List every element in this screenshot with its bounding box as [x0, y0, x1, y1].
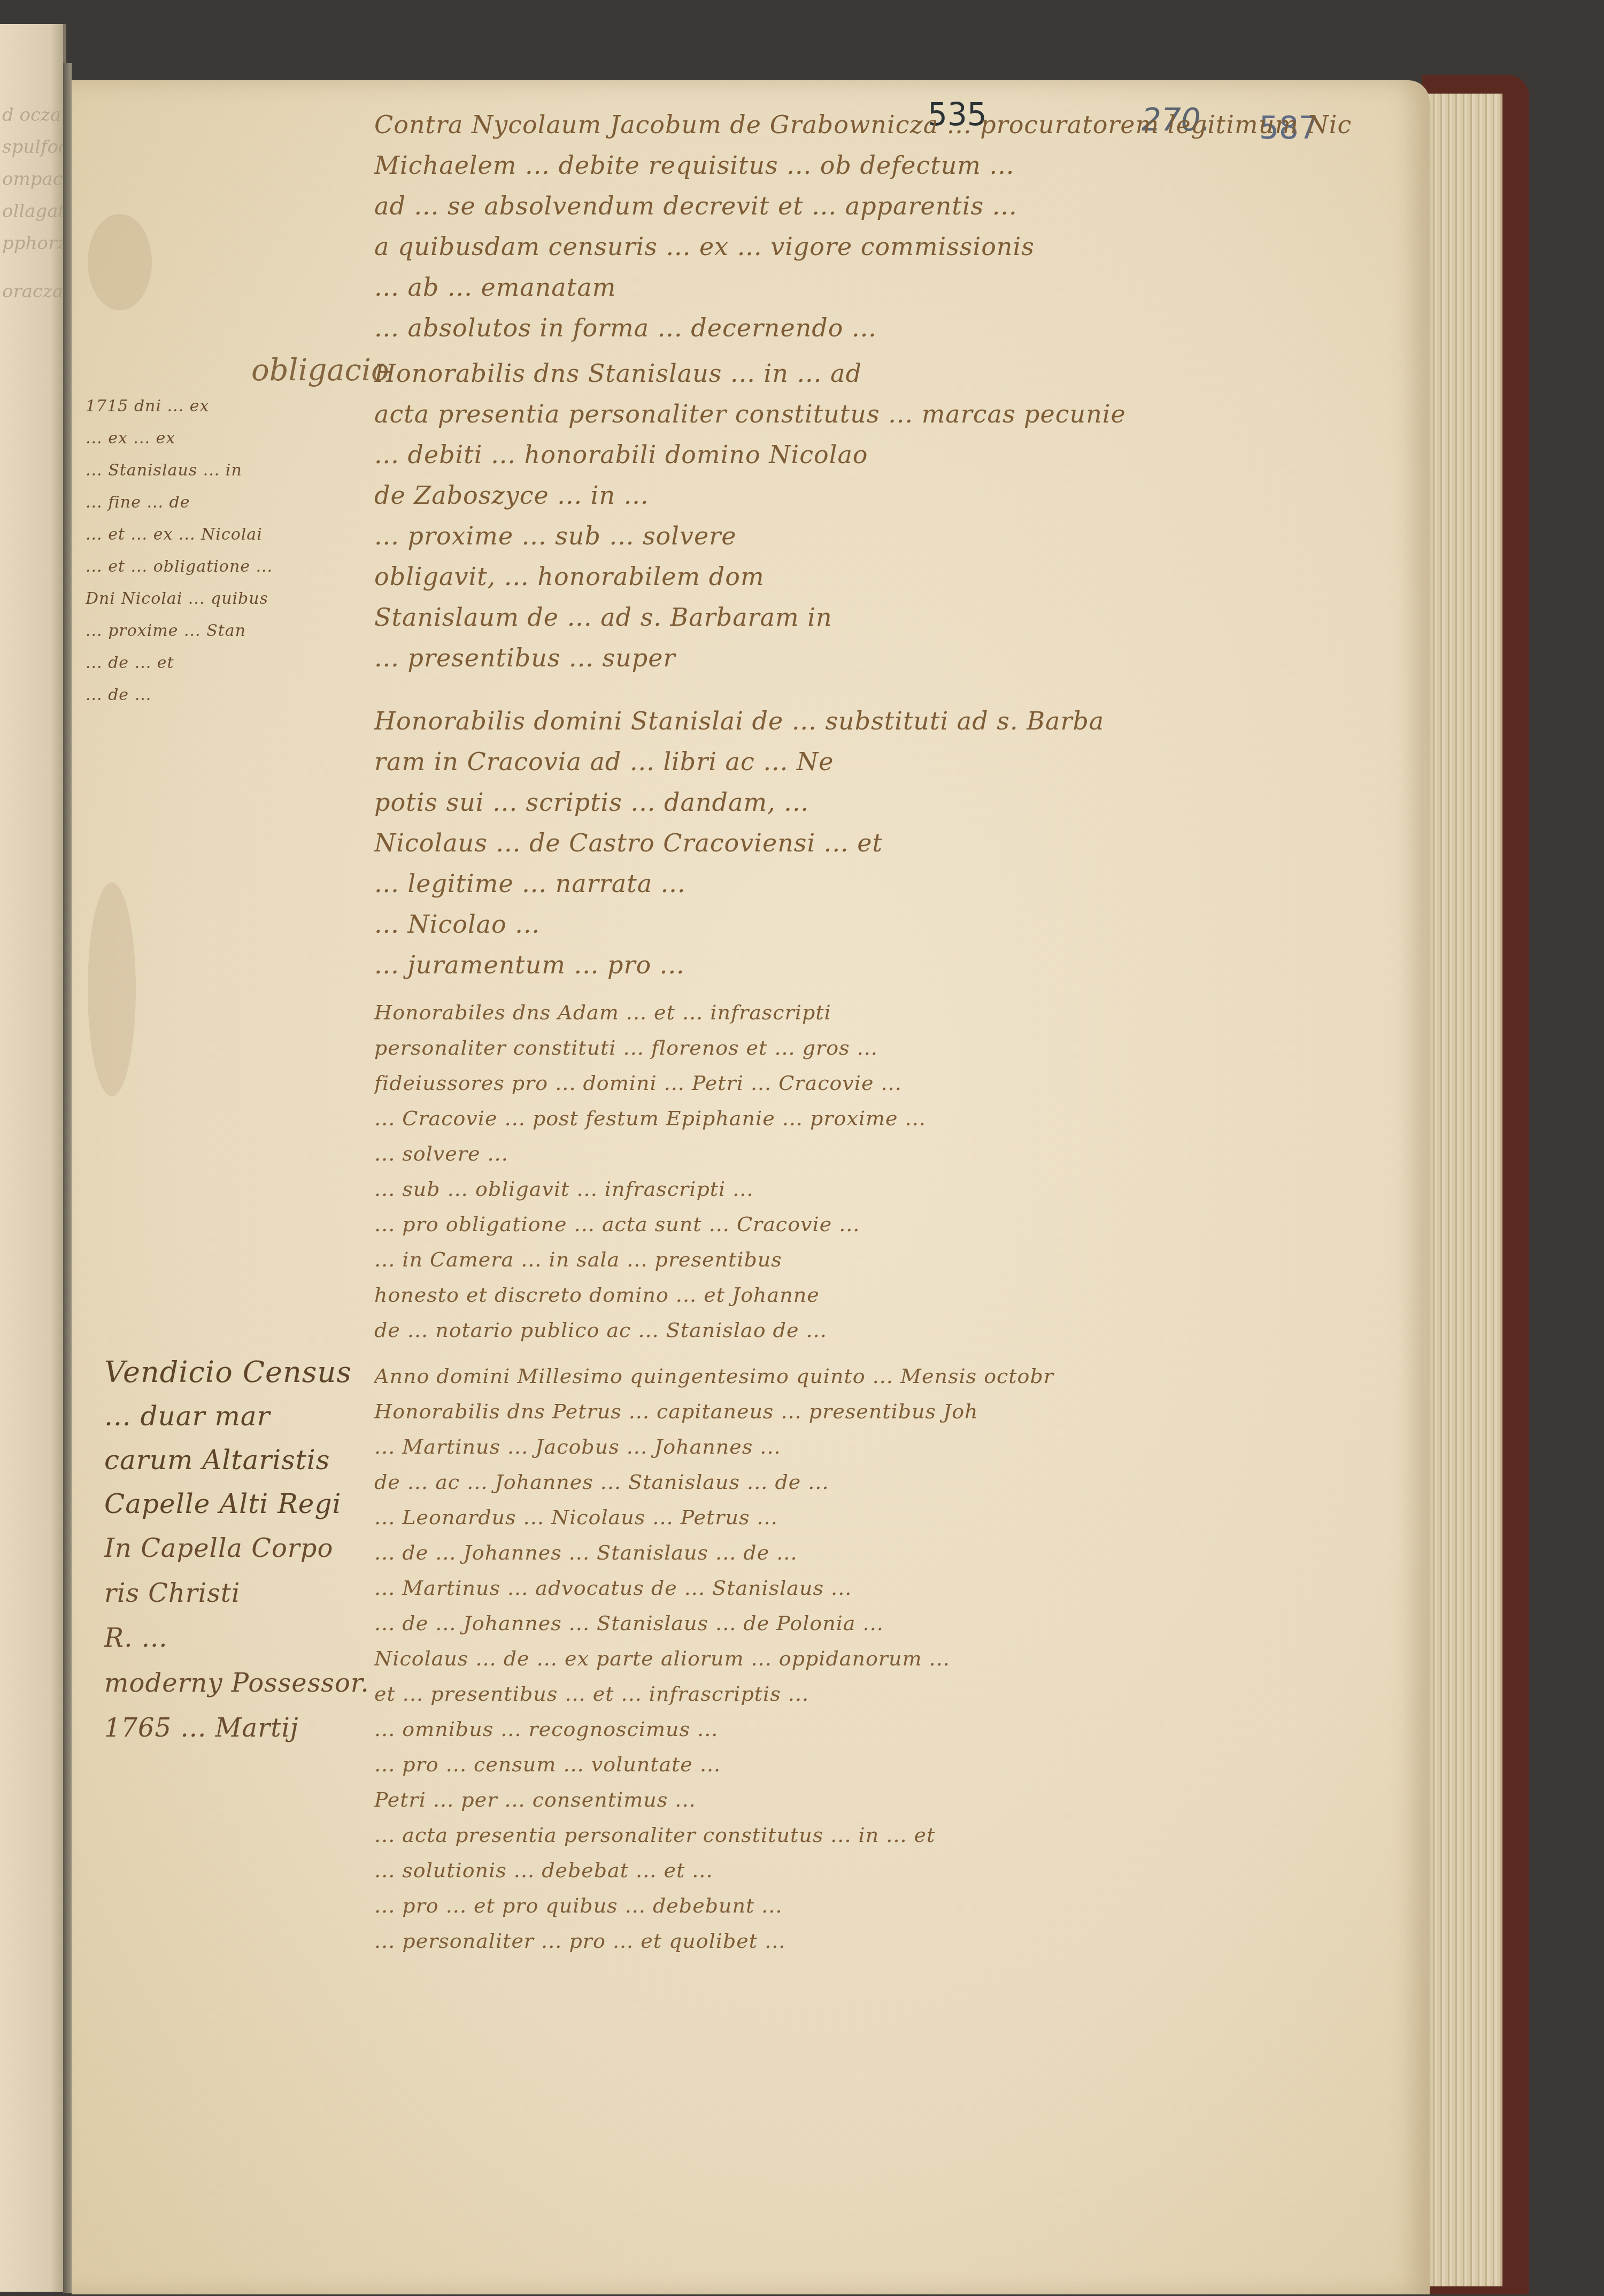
text-line: fideiussores pro ... domini ... Petri ..…: [374, 1065, 1406, 1101]
text-line: ... legitime ... narrata ...: [374, 863, 1406, 904]
text-line: Nicolaus ... de ... ex parte aliorum ...…: [374, 1641, 1406, 1676]
text-line: de ... notario publico ac ... Stanislao …: [374, 1312, 1406, 1348]
entry-heading-obligacio: obligacio: [251, 353, 389, 388]
text-line: ... proxime ... sub ... solvere: [374, 516, 1406, 556]
text-line: ... acta presentia personaliter constitu…: [374, 1817, 1406, 1853]
text-line: personaliter constituti ... florenos et …: [374, 1030, 1406, 1065]
entry-4: Honorabiles dns Adam ... et ... infrascr…: [374, 995, 1406, 1348]
text-line: ... personaliter ... pro ... et quolibet…: [374, 1923, 1406, 1959]
margin-line: ris Christi: [104, 1571, 382, 1616]
text-line: ... solutionis ... debebat ... et ...: [374, 1853, 1406, 1888]
margin-line: ... duar mar: [104, 1394, 382, 1438]
text-line: et ... presentibus ... et ... infrascrip…: [374, 1676, 1406, 1711]
margin-line: ... Stanislaus ... in: [86, 455, 374, 487]
text-line: ... sub ... obligavit ... infrascripti .…: [374, 1171, 1406, 1207]
margin-line: 1715 dni ... ex: [86, 390, 374, 423]
margin-line: ... de ...: [86, 679, 374, 711]
margin-line: carum Altaristis: [104, 1438, 382, 1482]
text-line: ram in Cracovia ad ... libri ac ... Ne: [374, 741, 1406, 782]
text-line: ... omnibus ... recognoscimus ...: [374, 1711, 1406, 1747]
entry-5: Anno domini Millesimo quingentesimo quin…: [374, 1358, 1406, 1959]
text-line: de Zaboszyce ... in ...: [374, 475, 1406, 516]
text-line: ... Martinus ... Jacobus ... Johannes ..…: [374, 1429, 1406, 1464]
text-line: Anno domini Millesimo quingentesimo quin…: [374, 1358, 1406, 1394]
text-line: ... in Camera ... in sala ... presentibu…: [374, 1242, 1406, 1277]
text-line: ... presentibus ... super: [374, 638, 1406, 678]
text-line: ad ... se absolvendum decrevit et ... ap…: [374, 186, 1406, 226]
text-line: ... pro obligatione ... acta sunt ... Cr…: [374, 1207, 1406, 1242]
margin-line: 1765 ... Martij: [104, 1706, 382, 1750]
margin-note-obligacio: 1715 dni ... ex ... ex ... ex ... Stanis…: [86, 390, 374, 711]
water-stain: [88, 882, 136, 1096]
margin-line: ... de ... et: [86, 647, 374, 679]
text-line: Contra Nycolaum Jacobum de Grabownicza .…: [374, 104, 1406, 145]
facing-page-edge: d oczam spulfocialo ompaczo ollagata pph…: [0, 24, 66, 2292]
entry-3: Honorabilis domini Stanislai de ... subs…: [374, 701, 1406, 985]
text-line: ... de ... Johannes ... Stanislaus ... d…: [374, 1535, 1406, 1570]
page-edges: [1422, 94, 1502, 2286]
text-line: acta presentia personaliter constitutus …: [374, 394, 1406, 434]
text-line: Honorabiles dns Adam ... et ... infrascr…: [374, 995, 1406, 1030]
margin-line: ... et ... obligatione ...: [86, 551, 374, 583]
margin-note-vendicio: Vendicio Census ... duar mar carum Altar…: [104, 1350, 382, 1750]
margin-line: Dni Nicolai ... quibus: [86, 583, 374, 615]
margin-line: In Capella Corpo: [104, 1526, 382, 1571]
text-line: Nicolaus ... de Castro Cracoviensi ... e…: [374, 823, 1406, 863]
text-line: potis sui ... scriptis ... dandam, ...: [374, 782, 1406, 823]
entry-2: Honorabilis dns Stanislaus ... in ... ad…: [374, 353, 1406, 678]
text-line: ... Martinus ... advocatus de ... Stanis…: [374, 1570, 1406, 1606]
text-line: ... de ... Johannes ... Stanislaus ... d…: [374, 1606, 1406, 1641]
text-line: ... juramentum ... pro ...: [374, 944, 1406, 985]
margin-line: ... fine ... de: [86, 487, 374, 519]
text-line: ... solvere ...: [374, 1136, 1406, 1171]
water-stain: [88, 214, 152, 310]
text-line: a quibusdam censuris ... ex ... vigore c…: [374, 226, 1406, 267]
margin-line: R. ...: [104, 1616, 382, 1661]
book-gutter: [63, 63, 72, 2293]
text-line: ... Leonardus ... Nicolaus ... Petrus ..…: [374, 1500, 1406, 1535]
margin-line: moderny Possessor.: [104, 1661, 382, 1706]
text-line: de ... ac ... Johannes ... Stanislaus ..…: [374, 1464, 1406, 1500]
text-line: obligavit, ... honorabilem dom: [374, 556, 1406, 597]
text-line: ... Nicolao ...: [374, 904, 1406, 944]
margin-line: ... proxime ... Stan: [86, 615, 374, 647]
text-line: Stanislaum de ... ad s. Barbaram in: [374, 597, 1406, 638]
text-line: Petri ... per ... consentimus ...: [374, 1782, 1406, 1817]
text-line: honesto et discreto domino ... et Johann…: [374, 1277, 1406, 1312]
text-line: ... pro ... et pro quibus ... debebunt .…: [374, 1888, 1406, 1923]
text-line: ... pro ... censum ... voluntate ...: [374, 1747, 1406, 1782]
margin-line: Vendicio Census: [104, 1350, 382, 1394]
text-line: ... absolutos in forma ... decernendo ..…: [374, 308, 1406, 348]
text-line: Honorabilis dns Stanislaus ... in ... ad: [374, 353, 1406, 394]
text-line: Michaelem ... debite requisitus ... ob d…: [374, 145, 1406, 186]
entry-1: Contra Nycolaum Jacobum de Grabownicza .…: [374, 104, 1406, 348]
text-line: ... Cracovie ... post festum Epiphanie .…: [374, 1101, 1406, 1136]
text-line: ... debiti ... honorabili domino Nicolao: [374, 434, 1406, 475]
margin-line: Capelle Alti Regi: [104, 1482, 382, 1526]
margin-line: ... et ... ex ... Nicolai: [86, 519, 374, 551]
text-line: Honorabilis dns Petrus ... capitaneus ..…: [374, 1394, 1406, 1429]
text-line: ... ab ... emanatam: [374, 267, 1406, 308]
text-line: Honorabilis domini Stanislai de ... subs…: [374, 701, 1406, 741]
margin-line: ... ex ... ex: [86, 423, 374, 455]
